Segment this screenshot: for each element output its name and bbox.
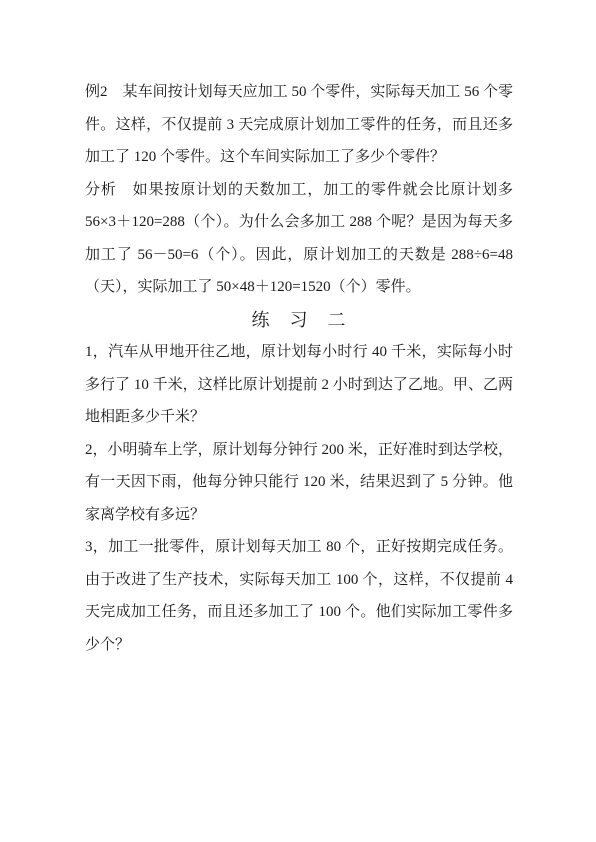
example-analysis-text: 分析 如果按原计划的天数加工，加工的零件就会比原计划多 56×3＋120=288… (85, 174, 513, 304)
practice-section-heading: 练 习 二 (85, 304, 513, 337)
practice-problem-3: 3，加工一批零件，原计划每天加工 80 个，正好按期完成任务。由于改进了生产技术… (85, 531, 513, 661)
document-page: 例2 某车间按计划每天应加工 50 个零件，实际每天加工 56 个零件。这样，不… (0, 0, 596, 842)
practice-problem-2: 2，小明骑车上学，原计划每分钟行 200 米，正好准时到达学校，有一天因下雨，他… (85, 434, 513, 532)
example-problem-text: 例2 某车间按计划每天应加工 50 个零件，实际每天加工 56 个零件。这样，不… (85, 76, 513, 174)
practice-problem-1: 1，汽车从甲地开往乙地，原计划每小时行 40 千米，实际每小时多行了 10 千米… (85, 336, 513, 434)
